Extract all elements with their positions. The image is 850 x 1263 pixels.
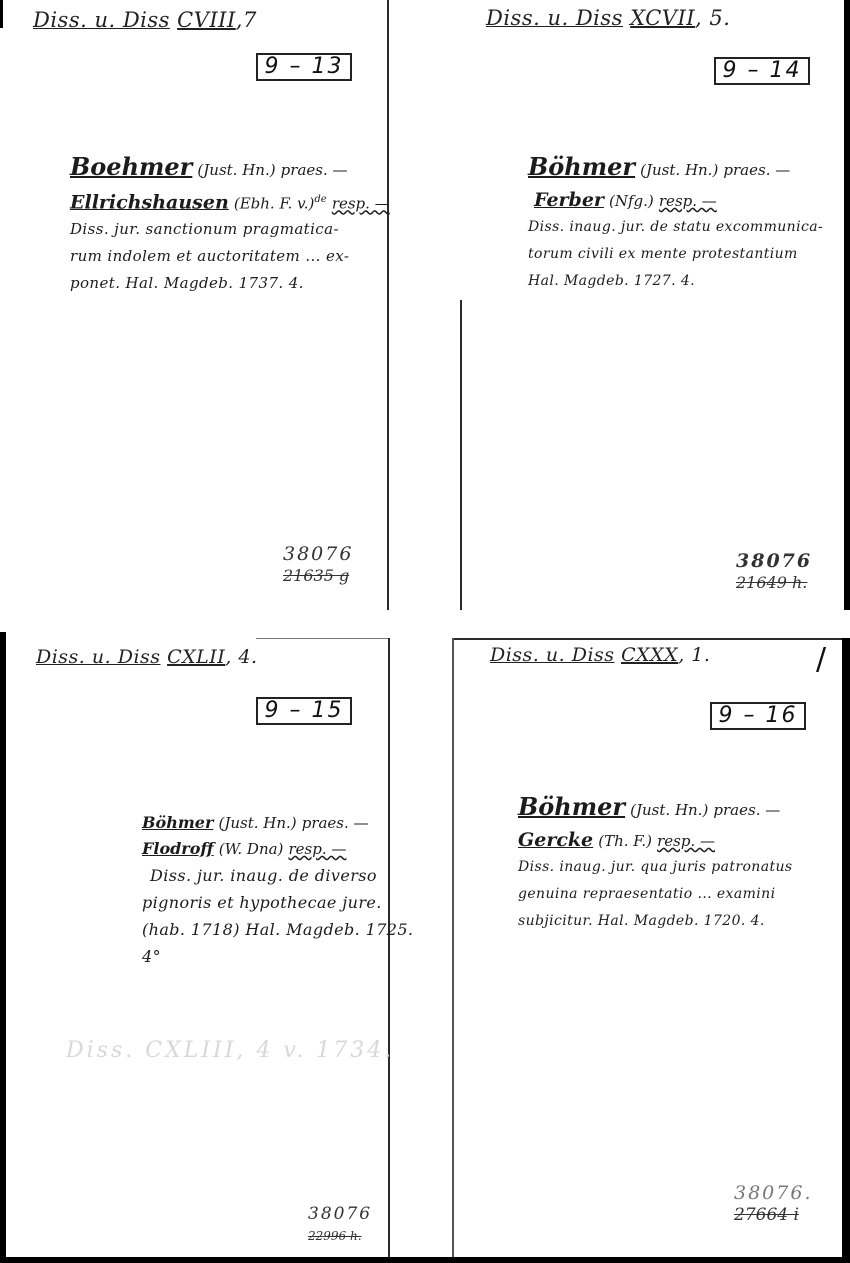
shelfmark-volume: CXLII (167, 646, 225, 668)
shelfmark-volume: CXXX (621, 644, 678, 666)
shelfmark-prefix: Diss. u. Diss (36, 646, 161, 668)
shelfmark-volume: CVIII (177, 8, 236, 32)
body-line: 4° (142, 943, 413, 970)
card-edge-top (452, 638, 842, 640)
shelfmark-prefix: Diss. u. Diss (486, 6, 623, 30)
respondent-initials: (Th. F.) (598, 832, 652, 850)
author-name: Böhmer (528, 152, 635, 181)
author-initials: (Just. Hn.) (197, 161, 275, 179)
shelfmark-item: 5. (709, 6, 730, 30)
shelfmark: Diss. u. Diss XCVII, 5. (486, 6, 730, 30)
body-line: (hab. 1718) Hal. Magdeb. 1725. (142, 916, 413, 943)
catalog-entry: Böhmer (Just. Hn.) praes. — Flodroff (W.… (142, 810, 413, 970)
old-number-struck: 21649 h. (736, 572, 812, 594)
scan-gutter-right-bottom (842, 638, 850, 1263)
card-edge-top (256, 638, 390, 639)
call-number-box: 9 – 13 (256, 53, 352, 81)
catalog-entry: Böhmer (Just. Hn.) praes. — Ferber (Nfg.… (528, 150, 823, 295)
author-initials: (Just. Hn.) (630, 801, 708, 819)
respondent-name: Gercke (518, 829, 593, 851)
body-line: pignoris et hypothecae jure. (142, 889, 413, 916)
card-edge-left (460, 300, 462, 610)
shelfmark-volume: XCVII (630, 6, 695, 30)
catalog-card-9-15: Diss. u. Diss CXLII, 4. 9 – 15 Böhmer (J… (6, 638, 390, 1257)
catalog-card-9-13: Diss. u. Diss CVIII,7 9 – 13 Boehmer (Ju… (3, 0, 389, 610)
author-name: Boehmer (70, 152, 192, 181)
card-edge-left (452, 638, 454, 1257)
call-number-box: 9 – 15 (256, 697, 352, 725)
accession-block: 38076 21635 g (283, 543, 353, 587)
catalog-card-9-16: Diss. u. Diss CXXX, 1. / 9 – 16 Böhmer (… (452, 638, 842, 1257)
author-initials: (Just. Hn.) (640, 161, 718, 179)
respondent-name: Ellrichshausen (70, 191, 229, 213)
body-line: ponet. Hal. Magdeb. 1737. 4. (70, 270, 390, 297)
catalog-entry: Boehmer (Just. Hn.) praes. — Ellrichshau… (70, 150, 390, 297)
author-role: praes. — (302, 814, 369, 832)
body-line: subjicitur. Hal. Magdeb. 1720. 4. (518, 908, 793, 935)
respondent-superscript: de (314, 194, 326, 205)
accession-block: 38076. 27664 i (734, 1182, 812, 1226)
card-edge-right (387, 0, 389, 610)
corner-slash-mark: / (816, 642, 826, 677)
scan-gutter-bottom (0, 1257, 850, 1263)
shelfmark-item: 7 (243, 8, 257, 32)
accession-block: 38076 22996 h. (308, 1203, 372, 1247)
respondent-initials: (W. Dna) (219, 840, 284, 858)
accession-block: 38076 21649 h. (736, 550, 812, 594)
shelfmark: Diss. u. Diss CVIII,7 (33, 8, 257, 32)
body-line: Diss. inaug. jur. de statu excommunica- (528, 214, 823, 241)
accession-number: 38076 (736, 550, 812, 572)
accession-number: 38076 (308, 1203, 372, 1225)
shelfmark-item: 1. (691, 644, 710, 666)
author-name: Böhmer (518, 792, 625, 821)
body-line: Diss. inaug. jur. qua juris patronatus (518, 854, 793, 881)
shelfmark: Diss. u. Diss CXLII, 4. (36, 646, 258, 668)
respondent-name: Ferber (534, 189, 604, 211)
catalog-card-9-14: Diss. u. Diss XCVII, 5. 9 – 14 Böhmer (J… (460, 0, 844, 610)
respondent-initials: (Nfg.) (609, 192, 654, 210)
body-line: Diss. jur. inaug. de diverso (142, 862, 413, 889)
scan-gutter-right-top (844, 0, 850, 610)
body-line: torum civili ex mente protestantium (528, 241, 823, 268)
author-initials: (Just. Hn.) (218, 814, 296, 832)
call-number-box: 9 – 14 (714, 57, 810, 85)
shelfmark: Diss. u. Diss CXXX, 1. (490, 644, 710, 666)
old-number-struck: 21635 g (283, 565, 353, 587)
faint-pencil-note: Diss. CXLIII, 4 v. 1734. (66, 1038, 394, 1063)
shelfmark-prefix: Diss. u. Diss (33, 8, 170, 32)
shelfmark-prefix: Diss. u. Diss (490, 644, 615, 666)
respondent-role: resp. — (659, 192, 717, 210)
respondent-initials: (Ebh. F. v.) (234, 194, 315, 212)
author-role: praes. — (281, 161, 348, 179)
catalog-entry: Böhmer (Just. Hn.) praes. — Gercke (Th. … (518, 790, 793, 935)
body-line: genuina repraesentatio ... examini (518, 881, 793, 908)
author-name: Böhmer (142, 813, 213, 832)
old-number-struck: 22996 h. (308, 1225, 372, 1247)
body-line: Diss. jur. sanctionum pragmatica- (70, 216, 390, 243)
body-line: Hal. Magdeb. 1727. 4. (528, 268, 823, 295)
respondent-name: Flodroff (142, 839, 214, 858)
old-number-struck: 27664 i (734, 1204, 812, 1226)
call-number-box: 9 – 16 (710, 702, 806, 730)
respondent-role: resp. — (332, 194, 390, 212)
accession-number: 38076 (283, 543, 353, 565)
respondent-role: resp. — (289, 840, 347, 858)
body-line: rum indolem et auctoritatem ... ex- (70, 243, 390, 270)
shelfmark-item: 4. (238, 646, 257, 668)
author-role: praes. — (713, 801, 780, 819)
accession-number: 38076. (734, 1182, 812, 1204)
author-role: praes. — (723, 161, 790, 179)
respondent-role: resp. — (657, 832, 715, 850)
